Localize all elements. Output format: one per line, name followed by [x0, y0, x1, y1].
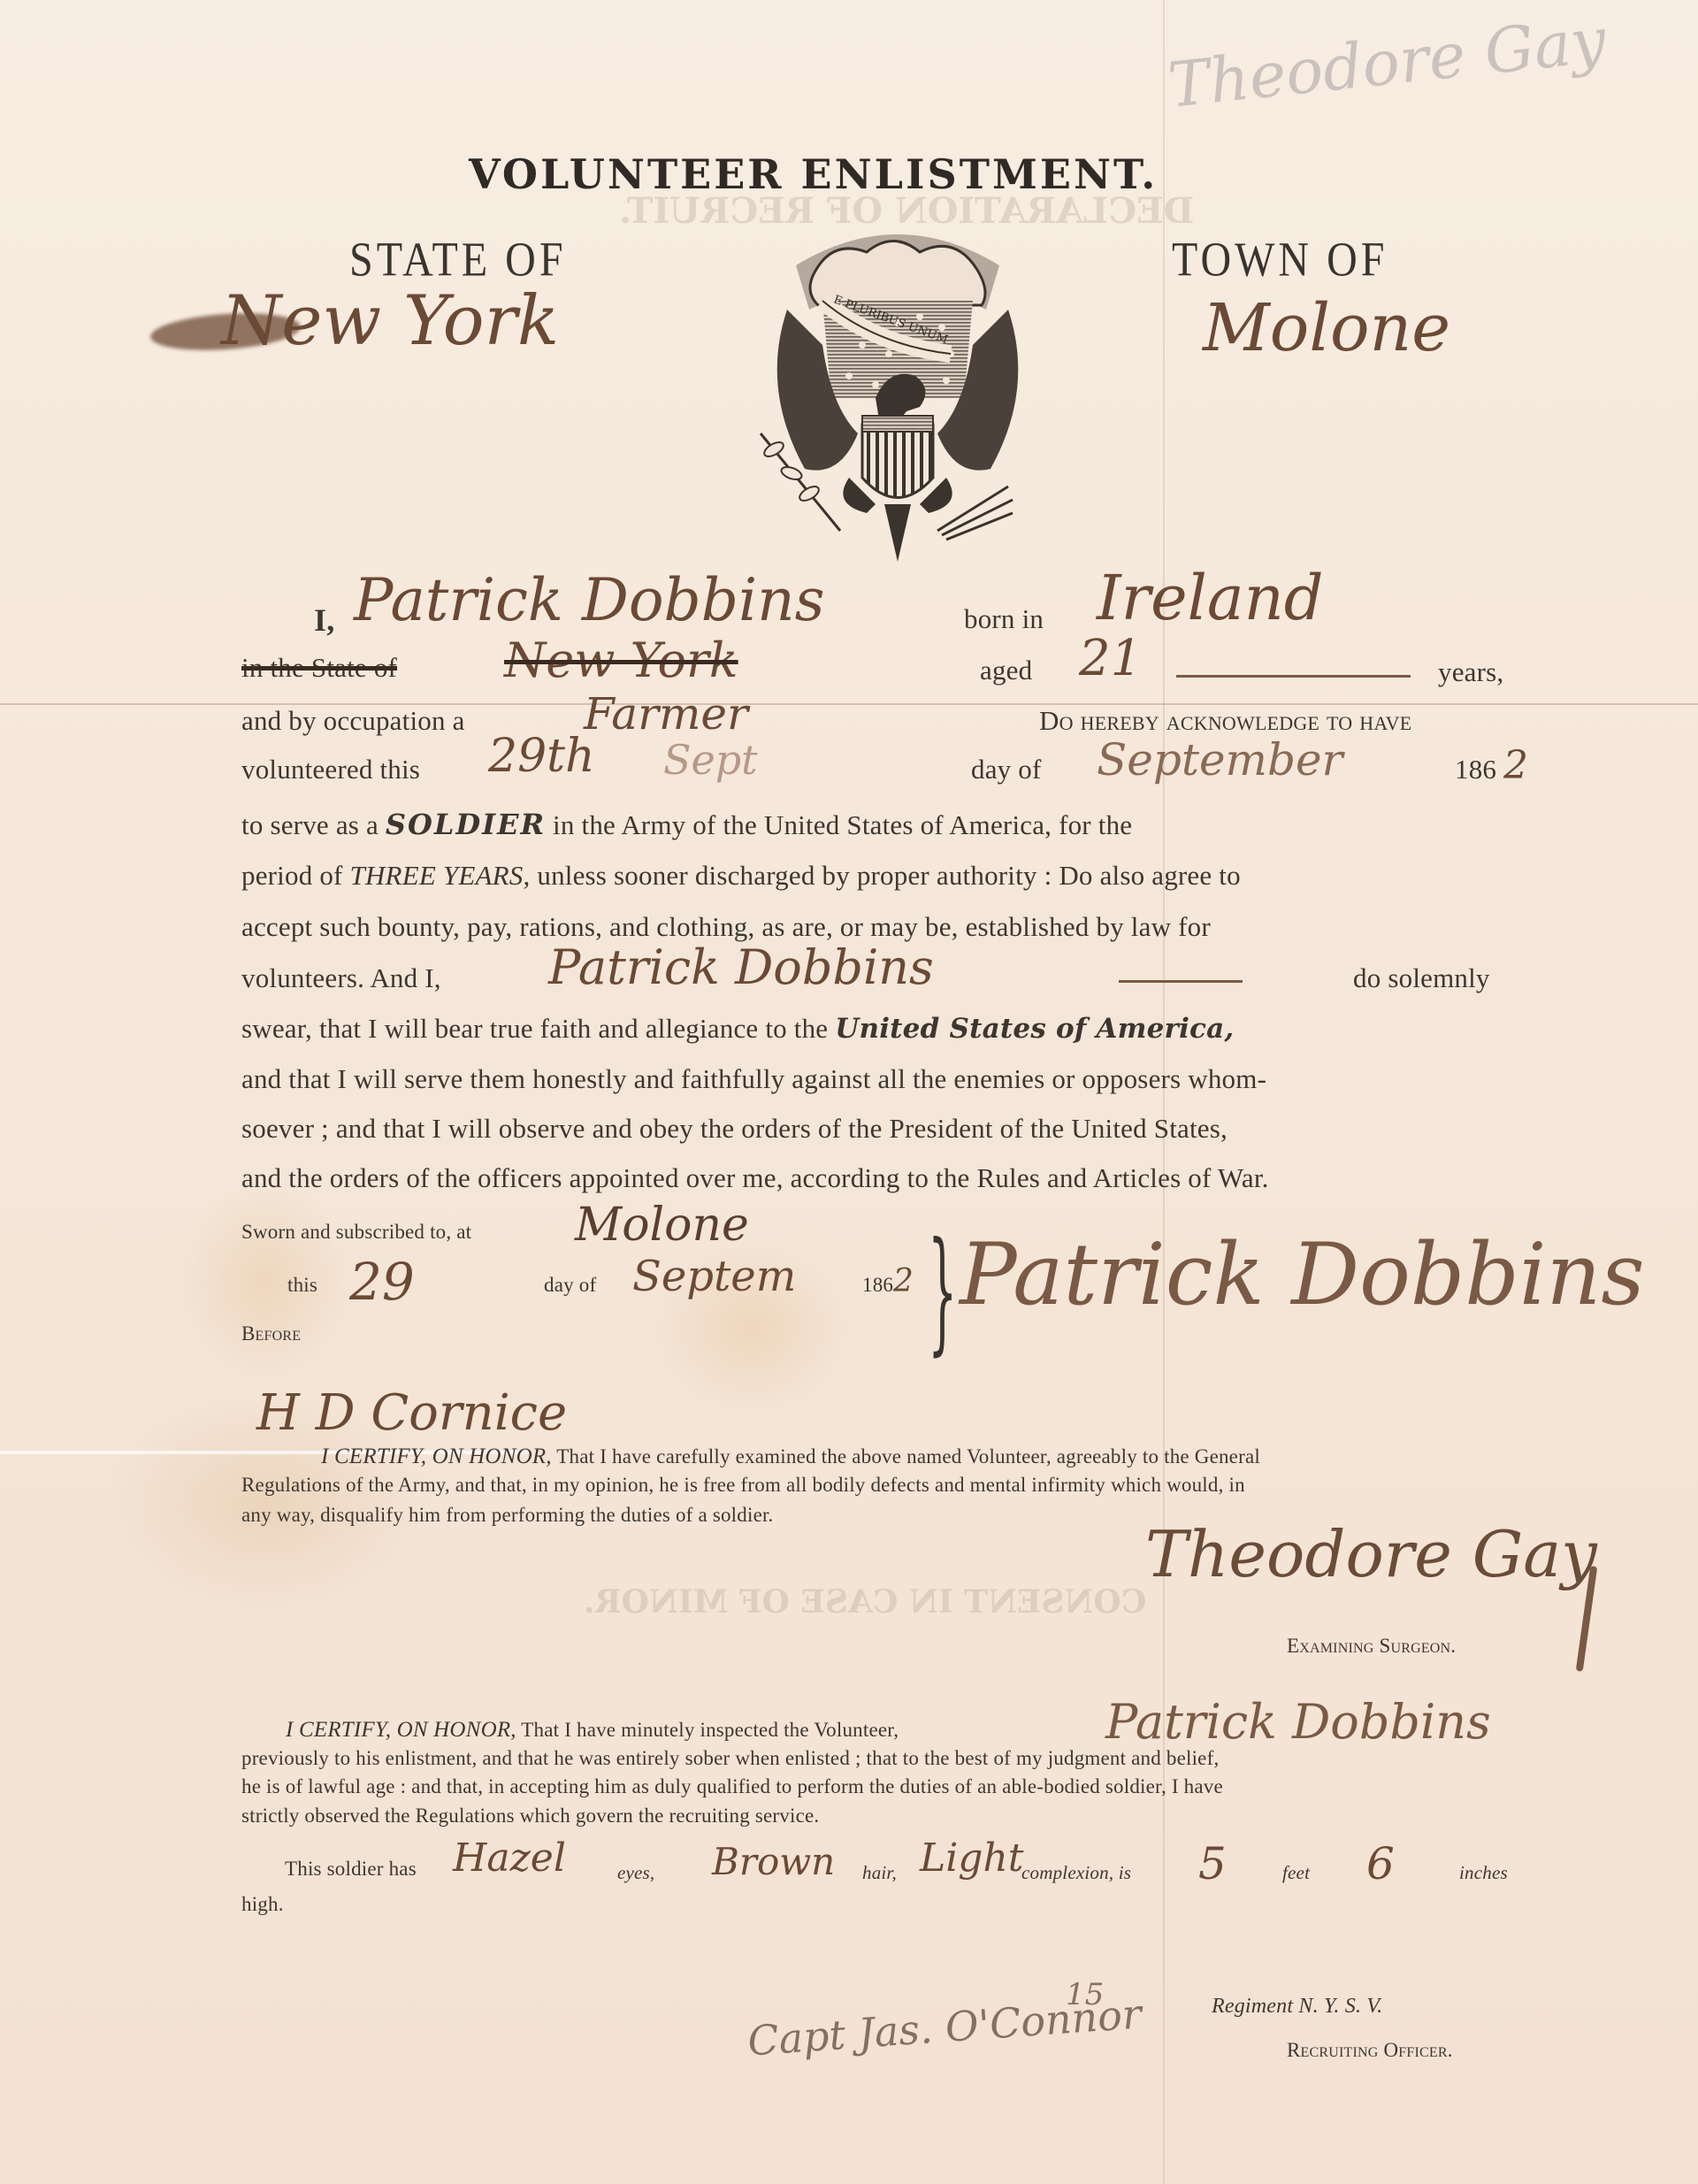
three-years-emphasis: THREE YEARS,: [350, 860, 531, 891]
age-value: 21: [1079, 630, 1142, 687]
officer-cert-line4: strictly observed the Regulations which …: [241, 1805, 819, 1828]
high-label: high.: [241, 1893, 284, 1916]
recruiting-officer-title: Recruiting Officer.: [1287, 2039, 1453, 2062]
feet-label: feet: [1282, 1862, 1310, 1884]
bleed-through-heading-2: CONSENT IN CASE OF MINOR.: [584, 1583, 1146, 1621]
town-label: TOWN OF: [1172, 232, 1388, 287]
recruit-name: Patrick Dobbins: [354, 566, 825, 634]
year-prefix: 186: [1455, 754, 1496, 785]
document-title: VOLUNTEER ENLISTMENT.: [469, 150, 1158, 198]
recruit-signature: Patrick Dobbins: [960, 1225, 1645, 1324]
state-label: STATE OF: [349, 232, 567, 287]
surgeon-signature: Theodore Gay: [1145, 1517, 1597, 1591]
eyes-value: Hazel: [453, 1835, 566, 1881]
day-note: Sept: [663, 736, 758, 784]
surgeon-title: Examining Surgeon.: [1287, 1635, 1456, 1658]
para7: soever ; and that I will observe and obe…: [241, 1113, 1228, 1145]
sworn-day-of-label: day of: [544, 1274, 596, 1297]
aged-label: aged: [980, 655, 1032, 686]
pencil-note: Theodore Gay: [1165, 4, 1609, 121]
day-value: 29th: [488, 730, 595, 783]
before-label: Before: [241, 1322, 301, 1345]
sworn-month: Septem: [632, 1252, 796, 1301]
inches-value: 6: [1366, 1838, 1395, 1889]
oath-name: Patrick Dobbins: [548, 939, 934, 995]
day-of-label: day of: [971, 754, 1042, 785]
para6: and that I will serve them honestly and …: [241, 1063, 1266, 1095]
officer-cert-line1: I CERTIFY, ON HONOR, That I have minutel…: [241, 1718, 899, 1743]
sworn-year-prefix: 186: [862, 1274, 893, 1297]
witness-signature: H D Cornice: [256, 1384, 567, 1442]
officer-cert-line2: previously to his enlistment, and that h…: [241, 1747, 1219, 1770]
sworn-day: 29: [349, 1252, 415, 1312]
eagle-seal-icon: E PLURIBUS UNUM: [743, 212, 1052, 566]
para5: swear, that I will bear true faith and a…: [241, 1013, 1234, 1045]
oath-dash: [1119, 980, 1243, 983]
para1: to serve as a SOLDIER in the Army of the…: [241, 808, 1132, 841]
soldier-emphasis: SOLDIER: [386, 808, 546, 841]
surgeon-cert-line1: I CERTIFY, ON HONOR, That I have careful…: [241, 1445, 1260, 1469]
hair-label: hair,: [862, 1862, 897, 1884]
para8: and the orders of the officers appointed…: [241, 1162, 1269, 1194]
surgeon-cert-line2: Regulations of the Army, and that, in my…: [241, 1474, 1245, 1497]
eyes-label: eyes,: [617, 1862, 654, 1884]
month-value: September: [1097, 734, 1342, 785]
line1-prefix: I,: [314, 602, 334, 639]
regiment-number: 15: [1066, 1977, 1104, 2012]
sworn-label: Sworn and subscribed to, at: [241, 1221, 471, 1244]
year-suffix: 2: [1503, 743, 1528, 788]
born-label: born in: [964, 603, 1044, 635]
usa-emphasis: United States of America,: [835, 1013, 1234, 1045]
officer-cert-lead: I CERTIFY, ON HONOR,: [286, 1718, 516, 1742]
state-value: New York: [221, 281, 559, 361]
volunteered-label: volunteered this: [241, 754, 420, 785]
occupation-label: and by occupation a: [241, 705, 465, 737]
age-dash: [1176, 675, 1411, 678]
surgeon-cert-line3: any way, disqualify him from performing …: [241, 1504, 774, 1527]
brace: }: [928, 1225, 957, 1358]
sworn-this-label: this: [287, 1274, 317, 1297]
para4-end: do solemnly: [1353, 962, 1490, 994]
occupation-value: Farmer: [584, 688, 748, 739]
inches-label: inches: [1459, 1862, 1508, 1884]
officer-cert-volunteer-name: Patrick Dobbins: [1105, 1694, 1491, 1750]
town-value: Molone: [1203, 290, 1450, 366]
years-label: years,: [1438, 656, 1503, 688]
acknowledge-text: Do hereby acknowledge to have: [1039, 705, 1411, 737]
state-of-label-struck: in the State of: [241, 652, 397, 684]
sworn-year-suffix: 2: [893, 1263, 914, 1299]
regiment-label: Regiment N. Y. S. V.: [1212, 1995, 1382, 2019]
sworn-place: Molone: [575, 1199, 749, 1252]
para3: accept such bounty, pay, rations, and cl…: [241, 911, 1211, 943]
officer-cert-line3: he is of lawful age : and that, in accep…: [241, 1775, 1223, 1798]
desc-label: This soldier has: [285, 1858, 417, 1881]
hair-value: Brown: [712, 1840, 835, 1883]
feet-value: 5: [1198, 1838, 1227, 1889]
complexion-label: complexion, is: [1021, 1862, 1131, 1884]
complexion-value: Light: [920, 1835, 1023, 1881]
state-struck-value: New York: [504, 632, 738, 688]
birthplace: Ireland: [1097, 562, 1324, 634]
para4-start: volunteers. And I,: [241, 962, 441, 994]
surgeon-cert-lead: I CERTIFY, ON HONOR,: [321, 1445, 552, 1468]
para2: period of THREE YEARS, unless sooner dis…: [241, 860, 1241, 892]
